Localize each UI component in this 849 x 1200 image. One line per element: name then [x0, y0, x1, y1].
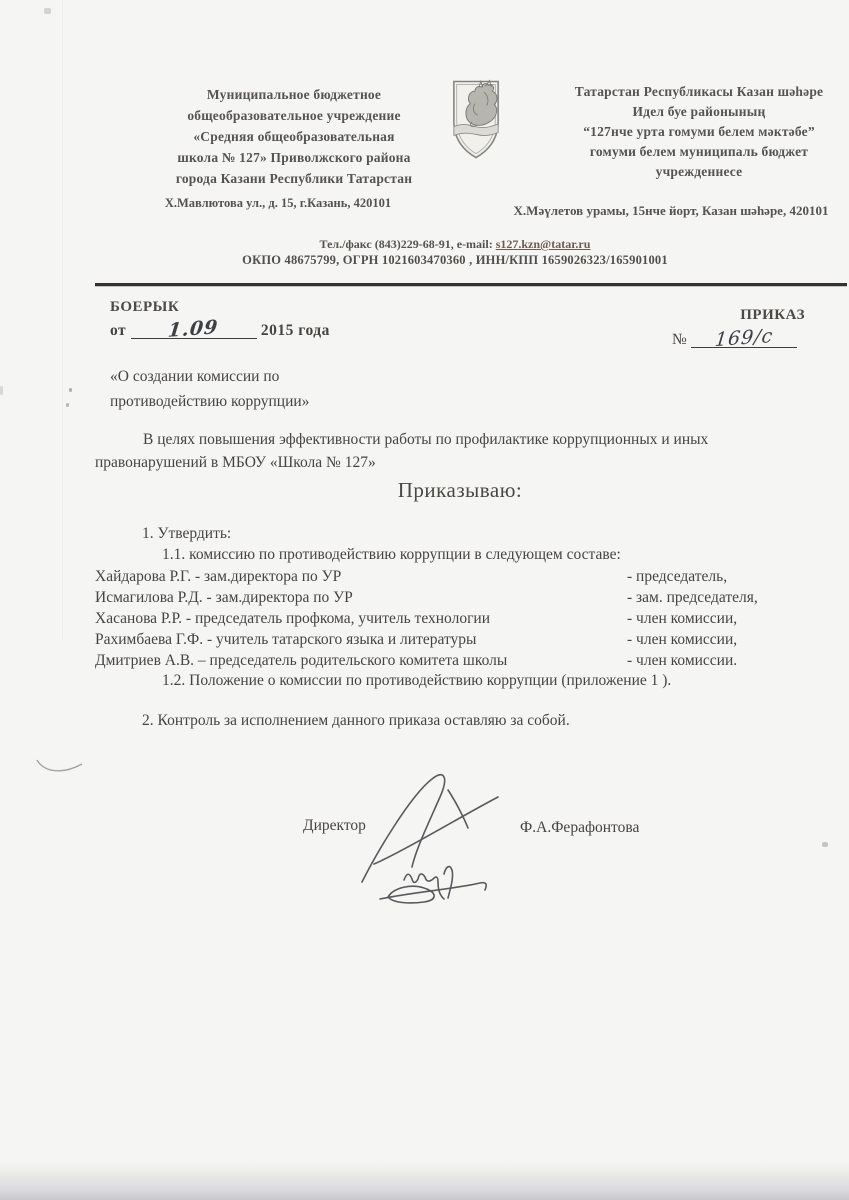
header-divider-rule [95, 283, 847, 286]
number-blank-field: 169/с [691, 330, 797, 348]
order-date-line: от 1.09 2015 года [110, 321, 330, 340]
commission-row: Исмагилова Р.Д. - зам.директора по УР - … [95, 587, 809, 608]
order-title-tatar: БОЕРЫК [110, 299, 179, 316]
scan-speck [66, 403, 69, 407]
org-line: Муниципальное бюджетное [133, 84, 455, 105]
org-name-tatar: Татарстан Республикасы Казан шәһәре Идел… [548, 82, 849, 182]
org-line: гомуми белем муниципаль бюджет [548, 142, 849, 162]
number-label: № [672, 331, 687, 348]
org-line: “127нче урта гомуми белем мәктәбе” [548, 122, 849, 142]
handwritten-date: 1.09 [167, 316, 219, 342]
scan-speck [0, 386, 3, 395]
subject-line: «О создании комиссии по [110, 364, 309, 389]
org-line: общеобразовательное учреждение [133, 105, 455, 126]
member-name-role: Рахимбаева Г.Ф. - учитель татарского язы… [95, 629, 627, 650]
order-item-1-1: 1.1. комиссию по противодействию коррупц… [162, 546, 621, 564]
preamble-line: В целях повышения эффективности работы п… [95, 428, 809, 451]
org-line: учрежденнесе [548, 162, 849, 182]
preamble-paragraph: В целях повышения эффективности работы п… [95, 428, 809, 474]
pen-mark-curve [34, 753, 86, 779]
member-position: - член комиссии. [627, 650, 809, 671]
contact-line: Тел./факс (843)229-68-91, e-mail: s127.k… [150, 237, 760, 252]
commission-row: Рахимбаева Г.Ф. - учитель татарского язы… [95, 629, 809, 650]
command-heading: Приказываю: [0, 478, 849, 503]
signature-name: Ф.А.Ферафонтова [520, 819, 639, 837]
subject-line: противодействию коррупции» [110, 389, 309, 414]
scanned-order-document: Муниципальное бюджетное общеобразователь… [0, 0, 849, 1200]
order-number-line: № 169/с [672, 330, 797, 349]
handwritten-number: 169/с [713, 325, 774, 351]
scan-crease-line [62, 0, 63, 640]
registration-codes-line: ОКПО 48675799, ОГРН 1021603470360 , ИНН/… [120, 253, 790, 268]
org-line: Идел буе районының [548, 102, 849, 122]
member-position: - член комиссии, [627, 608, 809, 629]
commission-row: Хайдарова Р.Г. - зам.директора по УР - п… [95, 566, 809, 587]
org-line: Татарстан Республикасы Казан шәһәре [548, 82, 849, 102]
order-item-1-2: 1.2. Положение о комиссии по противодейс… [162, 672, 671, 690]
commission-row: Хасанова Р.Р. - председатель профкома, у… [95, 608, 809, 629]
director-signature [352, 770, 512, 910]
commission-row: Дмитриев А.В. – председатель родительско… [95, 650, 809, 671]
email-text: s127.kzn@tatar.ru [496, 237, 591, 251]
member-name-role: Исмагилова Р.Д. - зам.директора по УР [95, 587, 627, 608]
org-line: школа № 127» Приволжского района [133, 147, 455, 168]
member-name-role: Хасанова Р.Р. - председатель профкома, у… [95, 608, 627, 629]
member-position: - председатель, [627, 566, 809, 587]
date-suffix: 2015 года [261, 322, 330, 339]
date-prefix: от [110, 322, 126, 339]
phone-fax-text: Тел./факс (843)229-68-91, e-mail: [320, 237, 496, 251]
kazan-coat-of-arms-icon [450, 78, 502, 162]
order-item-2: 2. Контроль за исполнением данного прика… [142, 712, 570, 730]
address-russian: Х.Мавлютова ул., д. 15, г.Казань, 420101 [118, 196, 438, 211]
commission-list: Хайдарова Р.Г. - зам.директора по УР - п… [95, 566, 809, 671]
scan-speck [822, 842, 828, 847]
member-name-role: Дмитриев А.В. – председатель родительско… [95, 650, 627, 671]
org-line: «Средняя общеобразовательная [133, 126, 455, 147]
member-name-role: Хайдарова Р.Г. - зам.директора по УР [95, 566, 627, 587]
date-blank-field: 1.09 [131, 321, 257, 339]
member-position: - зам. председателя, [627, 587, 809, 608]
scan-speck [44, 8, 51, 14]
order-subject: «О создании комиссии по противодействию … [110, 364, 309, 414]
scan-speck [69, 388, 72, 392]
org-name-russian: Муниципальное бюджетное общеобразователь… [133, 84, 455, 189]
org-line: города Казани Республики Татарстан [133, 168, 455, 189]
address-tatar: Х.Мәүлетов урамы, 15нче йорт, Казан шәһә… [495, 203, 847, 219]
member-position: - член комиссии, [627, 629, 809, 650]
preamble-line: правонарушений в МБОУ «Школа № 127» [95, 451, 809, 474]
order-item-1: 1. Утвердить: [142, 525, 231, 543]
order-title-russian: ПРИКАЗ [690, 307, 805, 324]
